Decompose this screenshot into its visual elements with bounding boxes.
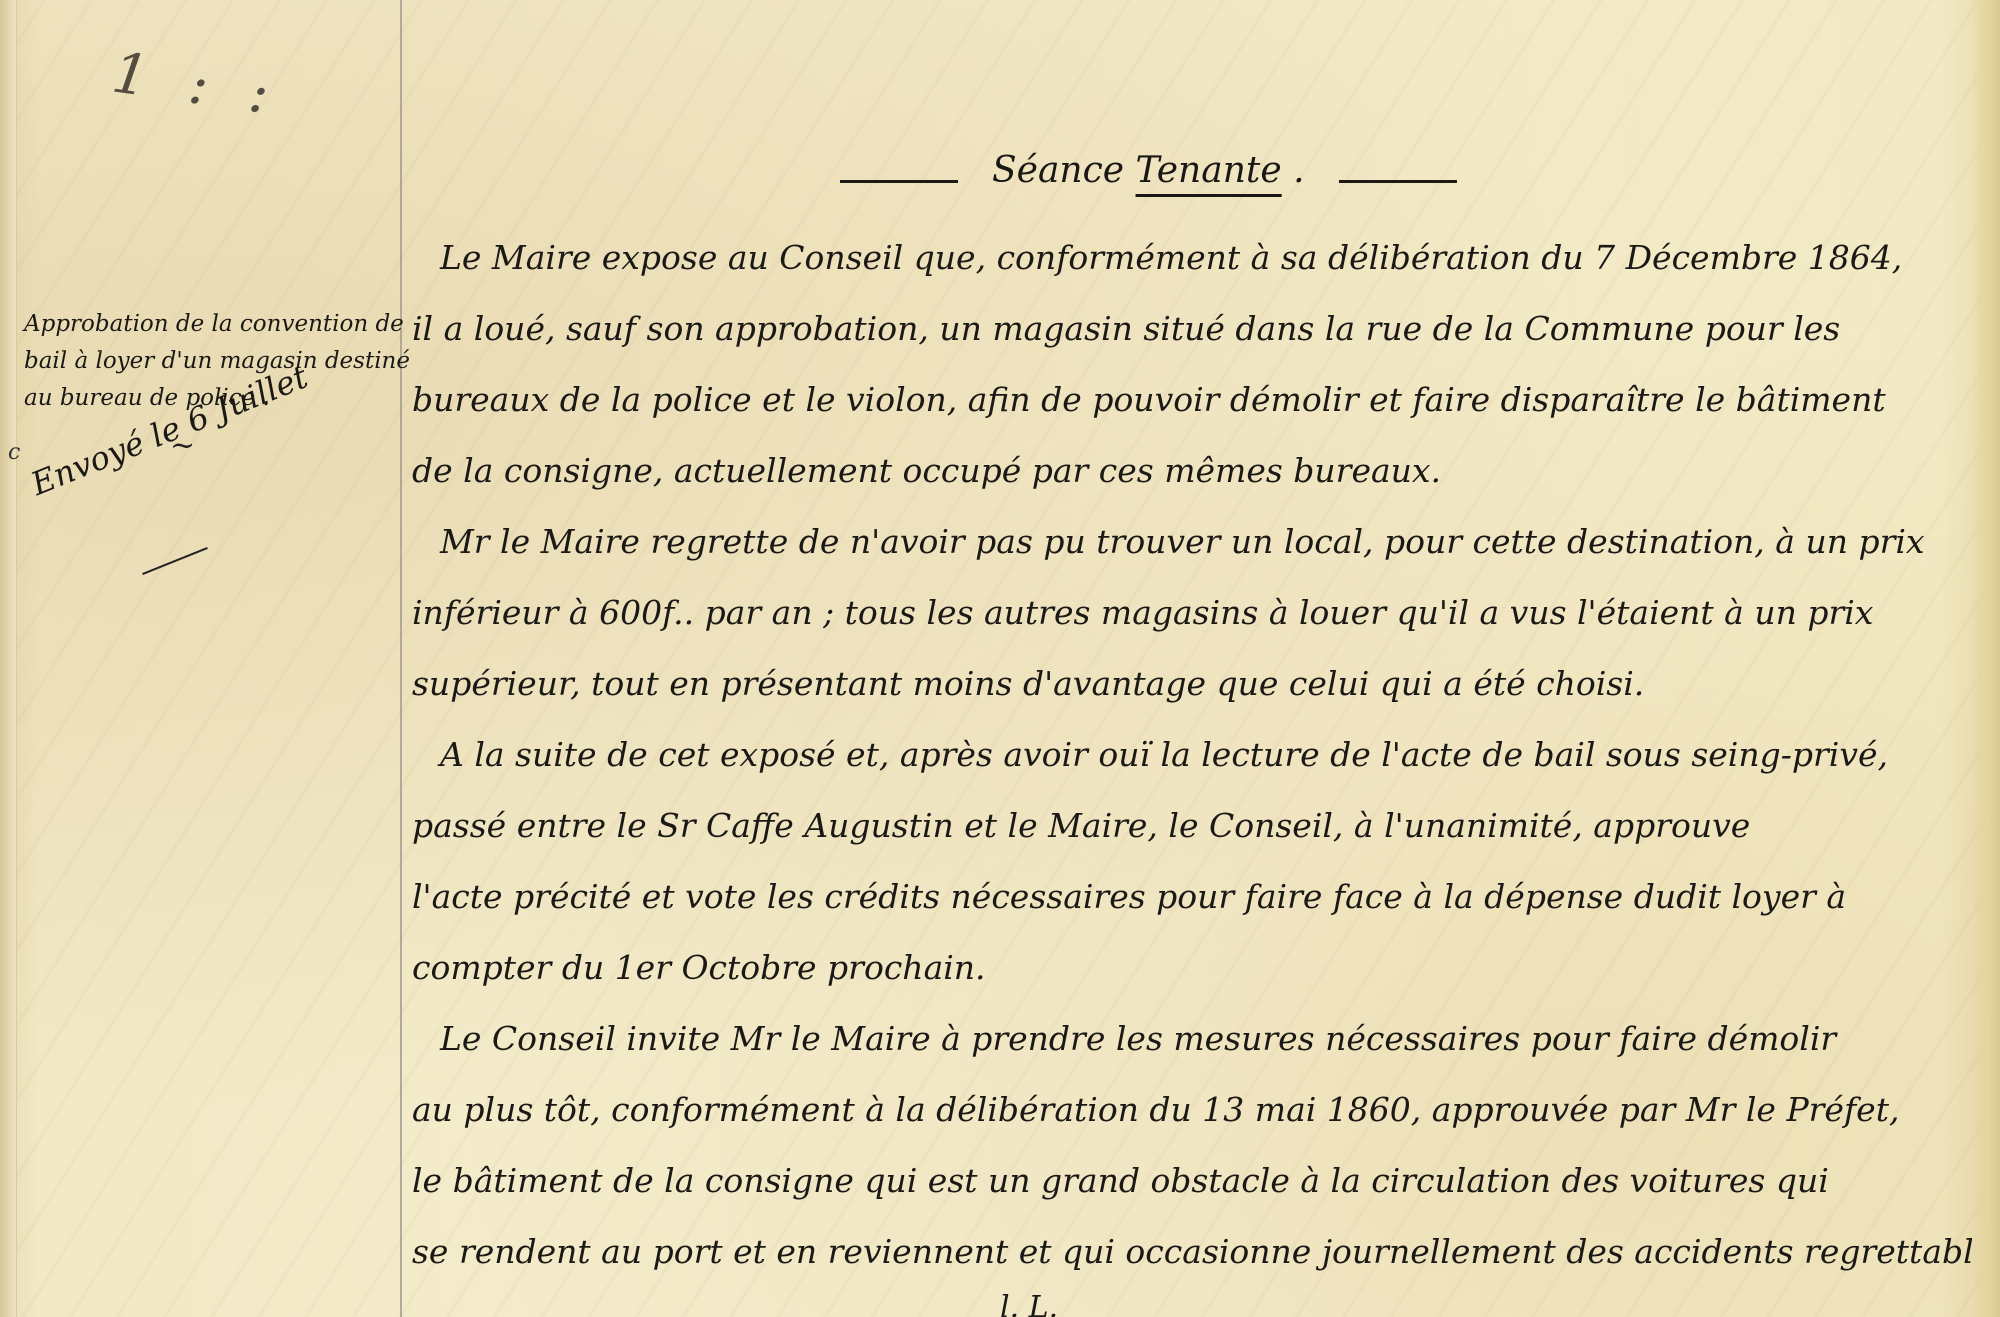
heading-dash-right [1339,180,1457,183]
binding-edge [0,0,17,1317]
body-line: A la suite de cet exposé et, après avoir… [412,719,1972,790]
body-line: au plus tôt, conformément à la délibérat… [412,1074,1972,1145]
session-heading: Séance Tenante . [840,150,1457,191]
body-line: se rendent au port et en reviennent et q… [412,1216,1972,1287]
heading-underlined-word: Tenante [1136,150,1282,191]
heading-prefix: Séance [992,150,1136,191]
body-line: compter du 1er Octobre prochain. [412,932,1972,1003]
heading-title: Séance Tenante . [992,150,1305,191]
body-line: passé entre le Sr Caffe Augustin et le M… [412,790,1972,861]
minutes-body: Le Maire expose au Conseil que, conformé… [412,222,1972,1287]
body-line: inférieur à 600f.. par an ; tous les aut… [412,577,1972,648]
margin-rule-line [400,0,402,1317]
margin-note-line: bail à loyer d'un magasin destiné [24,343,404,380]
body-line: bureaux de la police et le violon, afin … [412,364,1972,435]
margin-note-line: Approbation de la convention de [24,306,404,343]
heading-suffix: . [1282,150,1305,191]
margin-left-mark: c [8,440,20,465]
heading-dash-left [840,180,958,183]
body-line: de la consigne, actuellement occupé par … [412,435,1972,506]
body-line: le bâtiment de la consigne qui est un gr… [412,1145,1972,1216]
body-line: il a loué, sauf son approbation, un maga… [412,293,1972,364]
body-line: Mr le Maire regrette de n'avoir pas pu t… [412,506,1972,577]
body-line: Le Conseil invite Mr le Maire à prendre … [412,1003,1972,1074]
folio-mark: 1 : : [108,41,284,129]
cut-off-line-fragment: l. L. [1000,1290,1058,1317]
manuscript-page: 1 : : Approbation de la convention de ba… [0,0,2000,1317]
margin-sent-underline [142,547,208,575]
body-line: l'acte précité et vote les crédits néces… [412,861,1972,932]
body-line: Le Maire expose au Conseil que, conformé… [412,222,1972,293]
body-line: supérieur, tout en présentant moins d'av… [412,648,1972,719]
page-right-edge [1972,0,2000,1317]
